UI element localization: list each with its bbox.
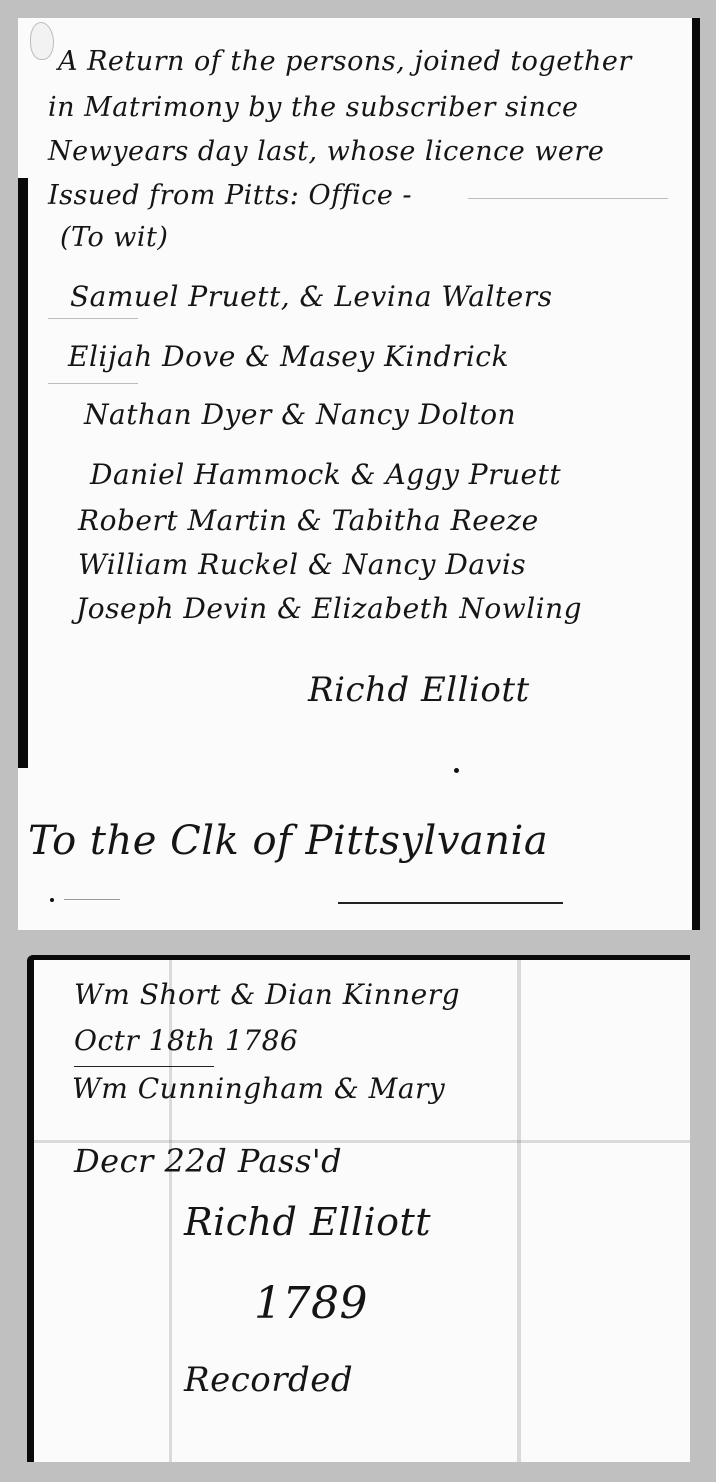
addressee-line: To the Clk of Pittsylvania xyxy=(28,818,548,864)
signature-rich-elliott-2: Richd Elliott xyxy=(184,1200,431,1244)
year-1789: 1789 xyxy=(254,1278,368,1329)
ink-speck xyxy=(50,898,54,902)
entry-cunningham-mary: Wm Cunningham & Mary xyxy=(72,1072,445,1105)
entry-date-dec-passed: Decr 22d Pass'd xyxy=(74,1142,342,1180)
endorsement-page: Wm Short & Dian Kinnerg Octr 18th 1786 W… xyxy=(27,955,690,1462)
paper-fold-vertical xyxy=(517,960,521,1462)
intro-line-4: Issued from Pitts: Office - xyxy=(48,180,412,211)
signature-rich-elliott: Richd Elliott xyxy=(308,670,530,710)
couple-6: William Ruckel & Nancy Davis xyxy=(78,548,526,581)
intro-line-2: in Matrimony by the subscriber since xyxy=(48,92,579,123)
date-underline xyxy=(74,1066,214,1067)
couple-7: Joseph Devin & Elizabeth Nowling xyxy=(76,592,582,625)
margin-rule xyxy=(48,383,138,384)
couple-1: Samuel Pruett, & Levina Walters xyxy=(70,280,552,313)
addressee-underline xyxy=(338,902,563,904)
marriage-return-page: A Return of the persons, joined together… xyxy=(18,18,700,930)
trailing-dash xyxy=(468,198,668,199)
page-corner-curl xyxy=(30,22,54,60)
ink-dot xyxy=(454,768,459,773)
couple-2: Elijah Dove & Masey Kindrick xyxy=(68,340,509,373)
intro-line-3: Newyears day last, whose licence were xyxy=(48,136,604,167)
faint-mark xyxy=(64,899,120,900)
couple-5: Robert Martin & Tabitha Reeze xyxy=(78,504,539,537)
margin-rule xyxy=(48,318,138,319)
couple-4: Daniel Hammock & Aggy Pruett xyxy=(90,458,561,491)
recorded-endorsement: Recorded xyxy=(184,1360,353,1400)
to-wit-line: (To wit) xyxy=(60,222,168,253)
couple-3: Nathan Dyer & Nancy Dolton xyxy=(84,398,516,431)
entry-short-kinnerg: Wm Short & Dian Kinnerg xyxy=(74,978,460,1011)
scan-edge-shadow xyxy=(18,178,28,768)
entry-date-oct-1786: Octr 18th 1786 xyxy=(74,1024,298,1057)
intro-line-1: A Return of the persons, joined together xyxy=(58,46,632,77)
